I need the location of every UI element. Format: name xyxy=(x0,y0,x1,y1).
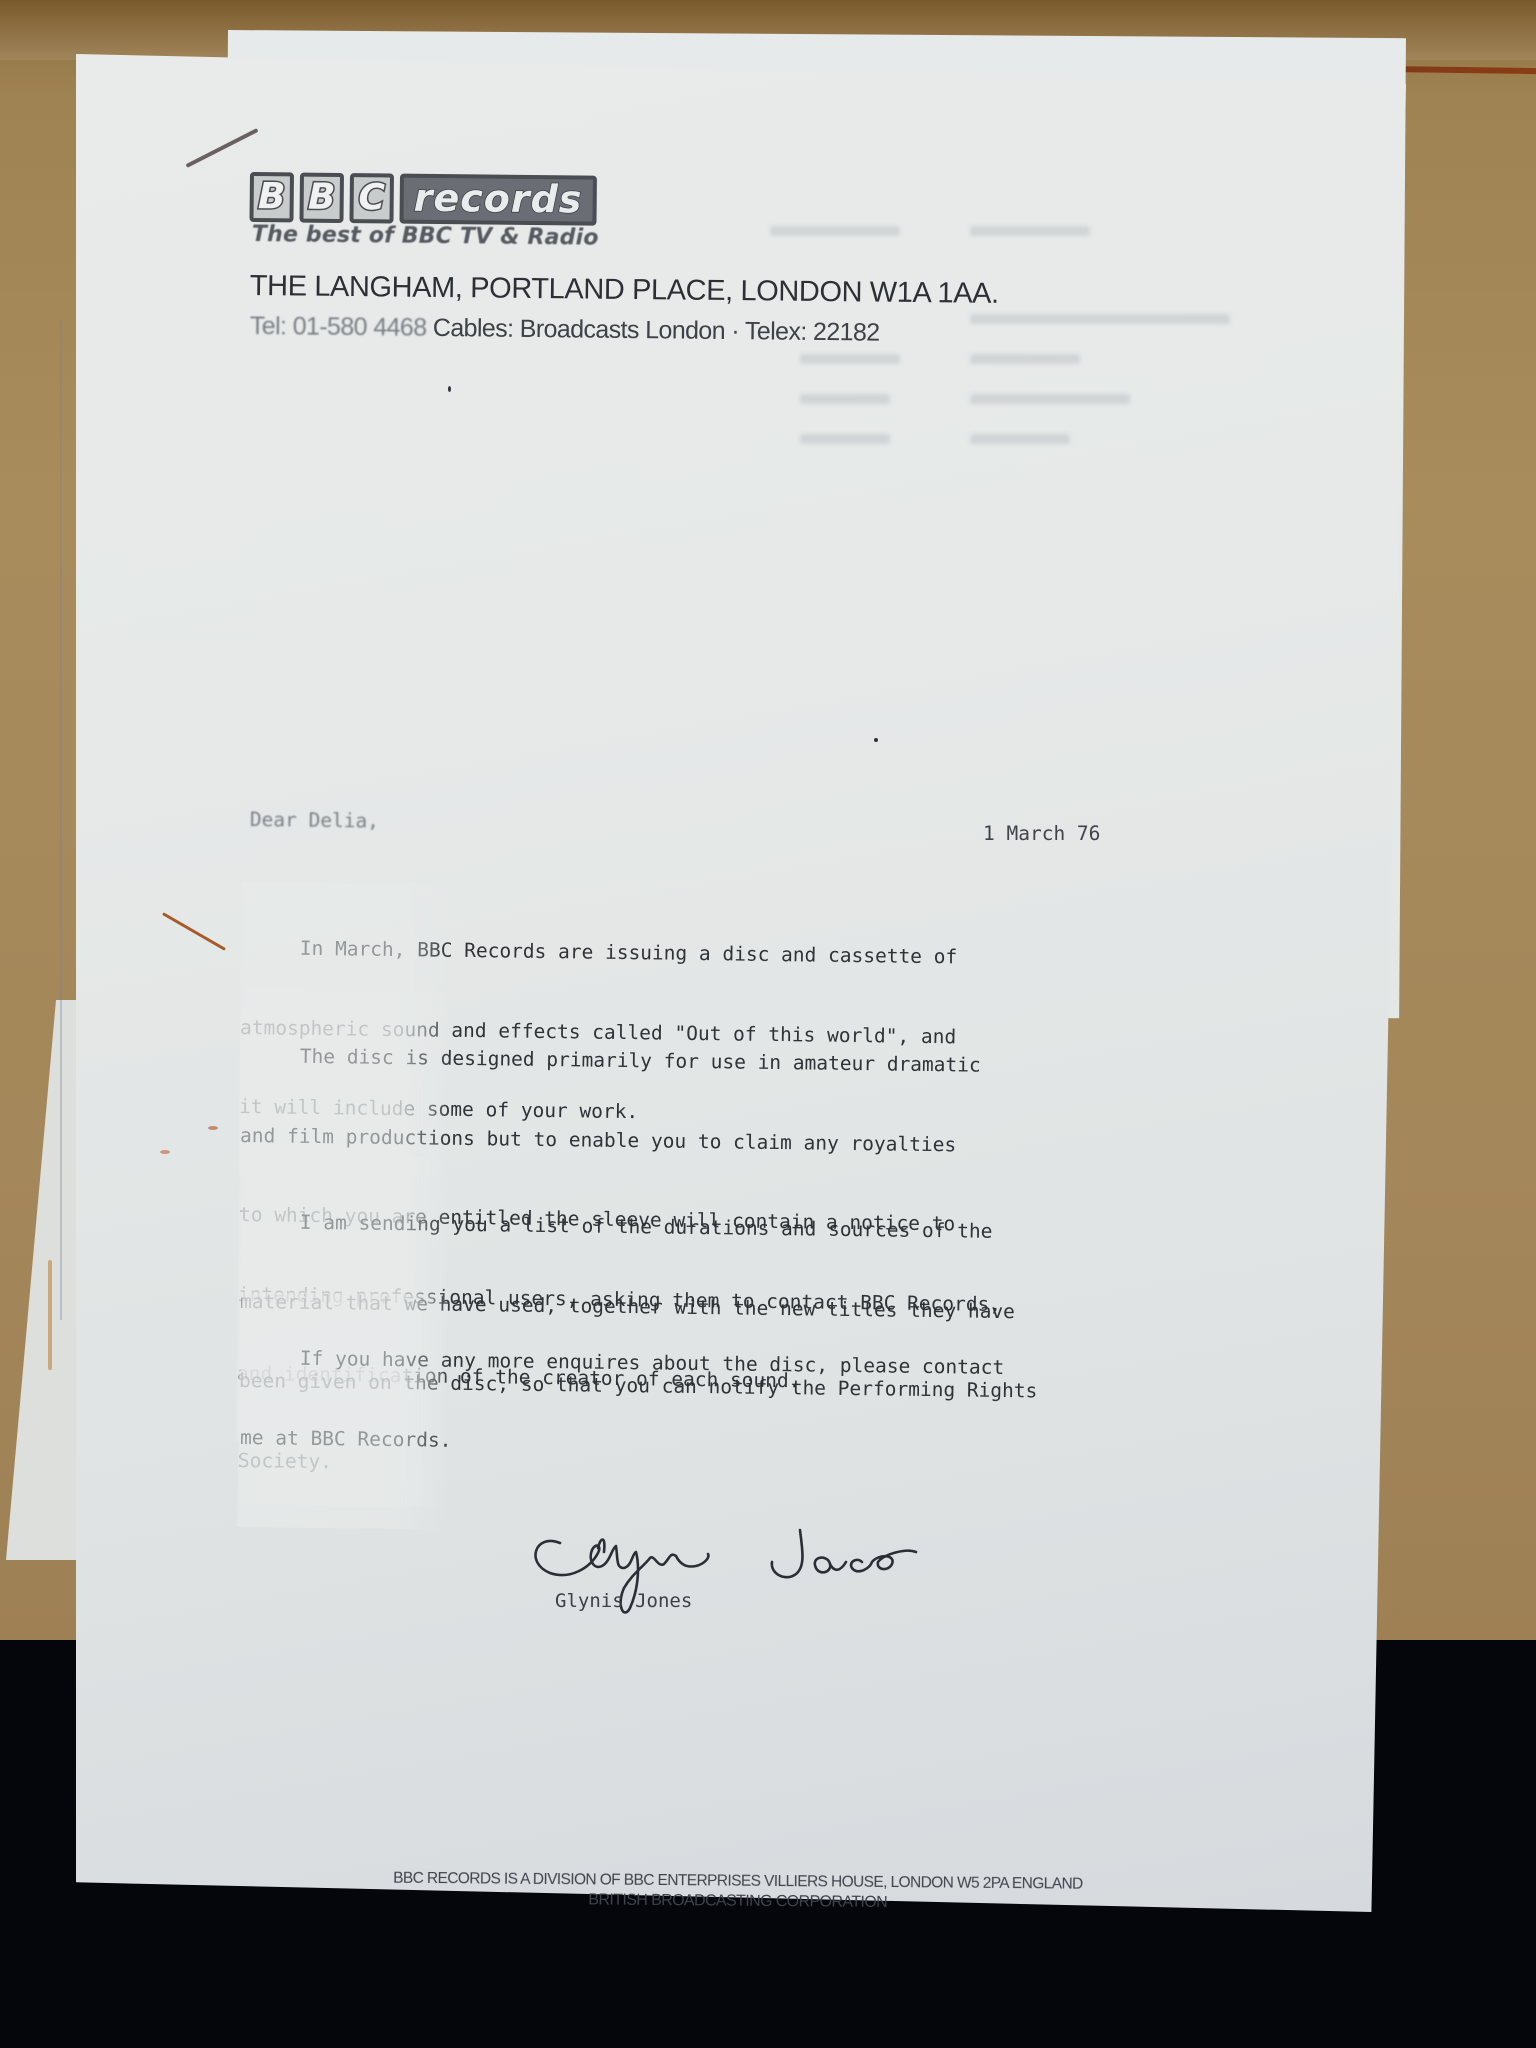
paragraph-line: If you have any more enquires about the … xyxy=(241,1345,1004,1381)
letterhead-footer: BBC Records is a division of BBC Enterpr… xyxy=(318,1868,1158,1915)
paragraph-line: and film productions but to enable you t… xyxy=(240,1122,1003,1158)
logo-records-word: records xyxy=(399,174,596,226)
paragraph-line: The disc is designed primarily for use i… xyxy=(241,1043,1004,1079)
rust-spot xyxy=(208,1126,218,1130)
paper-stain xyxy=(48,1260,52,1370)
paper-speck xyxy=(448,386,451,392)
paragraph-line: I am sending you a list of the durations… xyxy=(241,1209,1040,1246)
rust-spot xyxy=(160,1150,170,1154)
cables-telex: Cables: Broadcasts London · Telex: 22182 xyxy=(433,314,880,347)
bbc-records-logo: B B C records xyxy=(249,172,596,226)
logo-letter-b1: B xyxy=(249,172,294,222)
faded-typing-overlay xyxy=(239,1292,1005,1514)
telephone-number: Tel: 01-580 4468 xyxy=(250,312,433,342)
paragraph-line: me at BBC Records. xyxy=(240,1424,1003,1460)
letter-date: 1 March 76 xyxy=(983,822,1100,845)
logo-letter-b2: B xyxy=(299,173,344,223)
paragraph-4: If you have any more enquires about the … xyxy=(239,1292,1005,1514)
salutation: Dear Delia, xyxy=(250,808,379,833)
paragraph-line: In March, BBC Records are issuing a disc… xyxy=(241,935,957,971)
sheet-edge-shadow xyxy=(60,320,62,1320)
signer-name: Glynis Jones xyxy=(555,1590,692,1612)
dark-background-right xyxy=(1378,1683,1536,2048)
letterhead-tagline: The best of BBC TV & Radio xyxy=(252,222,599,251)
paper-speck xyxy=(874,738,878,742)
logo-letter-c: C xyxy=(349,173,394,223)
